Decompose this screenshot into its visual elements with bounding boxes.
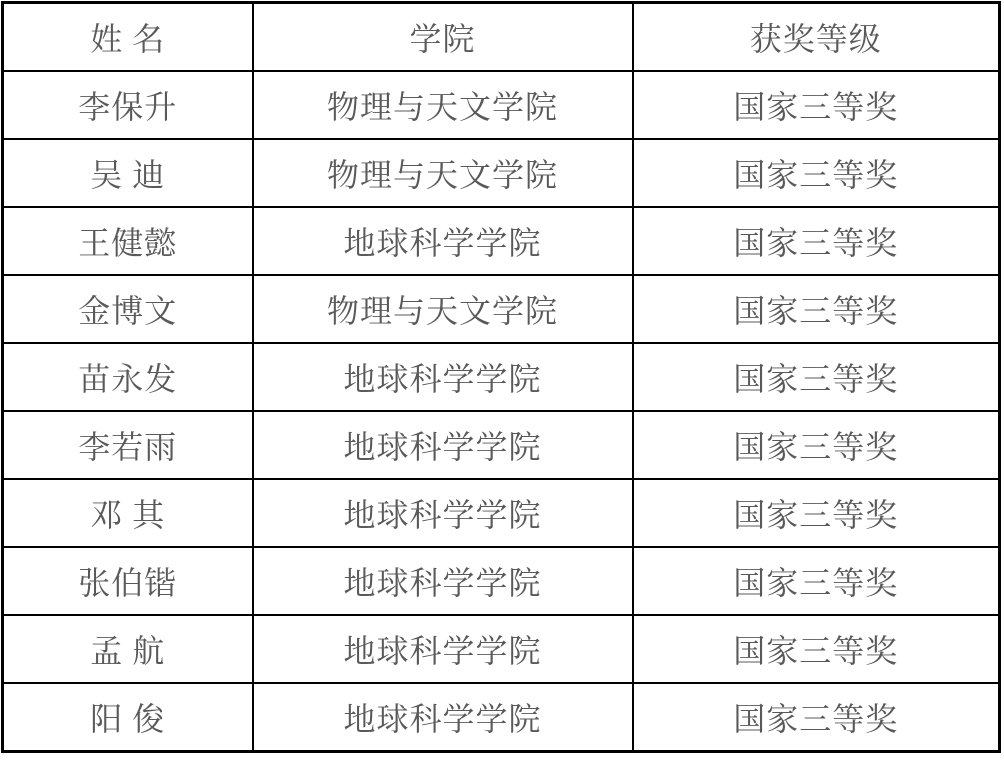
college-cell: 地球科学学院 bbox=[253, 683, 633, 752]
award-cell: 国家三等奖 bbox=[633, 207, 1000, 275]
header-row: 姓 名 学院 获奖等级 bbox=[3, 3, 1000, 72]
table-row: 苗永发地球科学学院国家三等奖 bbox=[3, 343, 1000, 411]
table-row: 张伯锴地球科学学院国家三等奖 bbox=[3, 547, 1000, 615]
header-cell-college: 学院 bbox=[253, 3, 633, 72]
table-header: 姓 名 学院 获奖等级 bbox=[3, 3, 1000, 72]
award-cell: 国家三等奖 bbox=[633, 275, 1000, 343]
table-row: 阳 俊地球科学学院国家三等奖 bbox=[3, 683, 1000, 752]
name-cell: 李保升 bbox=[3, 71, 253, 139]
award-cell: 国家三等奖 bbox=[633, 615, 1000, 683]
award-cell: 国家三等奖 bbox=[633, 547, 1000, 615]
name-cell: 张伯锴 bbox=[3, 547, 253, 615]
name-cell: 阳 俊 bbox=[3, 683, 253, 752]
award-cell: 国家三等奖 bbox=[633, 479, 1000, 547]
name-cell: 王健懿 bbox=[3, 207, 253, 275]
header-cell-award: 获奖等级 bbox=[633, 3, 1000, 72]
award-cell: 国家三等奖 bbox=[633, 411, 1000, 479]
name-cell: 孟 航 bbox=[3, 615, 253, 683]
name-cell: 金博文 bbox=[3, 275, 253, 343]
college-cell: 地球科学学院 bbox=[253, 411, 633, 479]
award-table: 姓 名 学院 获奖等级 李保升物理与天文学院国家三等奖吴 迪物理与天文学院国家三… bbox=[1, 1, 1001, 753]
award-cell: 国家三等奖 bbox=[633, 683, 1000, 752]
table-body: 李保升物理与天文学院国家三等奖吴 迪物理与天文学院国家三等奖王健懿地球科学学院国… bbox=[3, 71, 1000, 752]
table-row: 王健懿地球科学学院国家三等奖 bbox=[3, 207, 1000, 275]
college-cell: 物理与天文学院 bbox=[253, 139, 633, 207]
award-cell: 国家三等奖 bbox=[633, 343, 1000, 411]
college-cell: 地球科学学院 bbox=[253, 207, 633, 275]
header-cell-name: 姓 名 bbox=[3, 3, 253, 72]
table-row: 李保升物理与天文学院国家三等奖 bbox=[3, 71, 1000, 139]
award-cell: 国家三等奖 bbox=[633, 139, 1000, 207]
college-cell: 地球科学学院 bbox=[253, 479, 633, 547]
table-row: 孟 航地球科学学院国家三等奖 bbox=[3, 615, 1000, 683]
name-cell: 苗永发 bbox=[3, 343, 253, 411]
table-row: 吴 迪物理与天文学院国家三等奖 bbox=[3, 139, 1000, 207]
college-cell: 物理与天文学院 bbox=[253, 275, 633, 343]
college-cell: 地球科学学院 bbox=[253, 343, 633, 411]
name-cell: 邓 其 bbox=[3, 479, 253, 547]
name-cell: 吴 迪 bbox=[3, 139, 253, 207]
table-row: 金博文物理与天文学院国家三等奖 bbox=[3, 275, 1000, 343]
award-cell: 国家三等奖 bbox=[633, 71, 1000, 139]
college-cell: 地球科学学院 bbox=[253, 615, 633, 683]
college-cell: 物理与天文学院 bbox=[253, 71, 633, 139]
table-row: 邓 其地球科学学院国家三等奖 bbox=[3, 479, 1000, 547]
table-row: 李若雨地球科学学院国家三等奖 bbox=[3, 411, 1000, 479]
college-cell: 地球科学学院 bbox=[253, 547, 633, 615]
name-cell: 李若雨 bbox=[3, 411, 253, 479]
